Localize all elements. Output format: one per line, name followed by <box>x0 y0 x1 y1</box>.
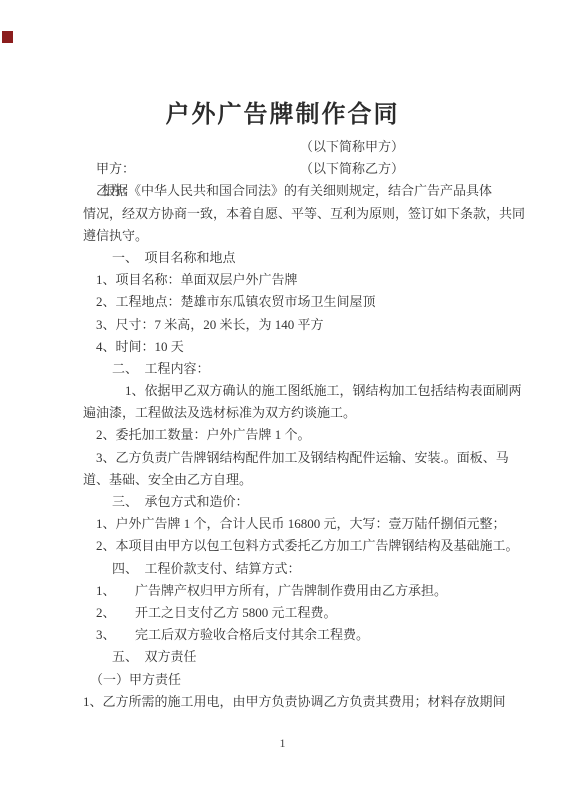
contract-document-page: 户外广告牌制作合同 甲方： （以下简称甲方） 乙方： （以下简称乙方） 根据《中… <box>0 0 565 800</box>
document-line: 遍油漆，工程做法及选材标准为双方约谈施工。 <box>83 402 513 424</box>
document-line: 四、 工程价款支付、结算方式： <box>83 558 513 580</box>
document-line: 情况，经双方协商一致，本着自愿、平等、互利为原则，签订如下条款，共同 <box>83 203 513 225</box>
document-line: 2、 开工之日支付乙方 5800 元工程费。 <box>83 602 513 624</box>
document-line: 1、乙方所需的施工用电，由甲方负责协调乙方负责其费用；材料存放期间 <box>83 691 513 713</box>
document-line: 4、时间：10 天 <box>83 336 513 358</box>
party-row: 乙方： （以下简称乙方） <box>83 158 513 180</box>
contract-body: 根据《中华人民共和国合同法》的有关细则规定，结合广告产品具体 情况，经双方协商一… <box>83 180 513 713</box>
document-line: 1、户外广告牌 1 个，合计人民币 16800 元，大写：壹万陆仟捌佰元整； <box>83 513 513 535</box>
document-line: 3、 完工后双方验收合格后支付其余工程费。 <box>83 624 513 646</box>
party-row: 甲方： （以下简称甲方） <box>83 136 513 158</box>
document-line: 五、 双方责任 <box>83 646 513 668</box>
document-line: 道、基础、安全由乙方自理。 <box>83 469 513 491</box>
document-line: 二、 工程内容： <box>83 358 513 380</box>
party-label: 乙方： <box>96 183 135 198</box>
contract-title: 户外广告牌制作合同 <box>0 94 565 129</box>
document-line: 2、本项目由甲方以包工包料方式委托乙方加工广告牌钢结构及基础施工。 <box>83 535 513 557</box>
page-number: 1 <box>0 736 565 751</box>
document-line: 1、依据甲乙双方确认的施工图纸施工，钢结构加工包括结构表面刷两 <box>83 380 513 402</box>
party-alias: （以下简称乙方） <box>300 158 404 180</box>
red-stamp-marker <box>2 31 13 43</box>
document-line: 1、 广告牌产权归甲方所有，广告牌制作费用由乙方承担。 <box>83 580 513 602</box>
document-line: 三、 承包方式和造价： <box>83 491 513 513</box>
party-alias: （以下简称甲方） <box>300 136 404 158</box>
document-line: 一、 项目名称和地点 <box>83 247 513 269</box>
document-line: 2、委托加工数量：户外广告牌 1 个。 <box>83 424 513 446</box>
document-line: 3、尺寸：7 米高，20 米长，为 140 平方 <box>83 314 513 336</box>
document-line: 2、工程地点：楚雄市东瓜镇农贸市场卫生间屋顶 <box>83 291 513 313</box>
document-line: （一）甲方责任 <box>83 669 513 691</box>
document-line: 3、乙方负责广告牌钢结构配件加工及钢结构配件运输、安装.。面板、马 <box>83 447 513 469</box>
contract-content: 甲方： （以下简称甲方） 乙方： （以下简称乙方） 根据《中华人民共和国合同法》… <box>83 136 513 713</box>
document-line: 根据《中华人民共和国合同法》的有关细则规定，结合广告产品具体 <box>83 180 513 202</box>
parties-section: 甲方： （以下简称甲方） 乙方： （以下简称乙方） <box>83 136 513 180</box>
document-line: 1、项目名称：单面双层户外广告牌 <box>83 269 513 291</box>
document-line: 遵信执守。 <box>83 225 513 247</box>
